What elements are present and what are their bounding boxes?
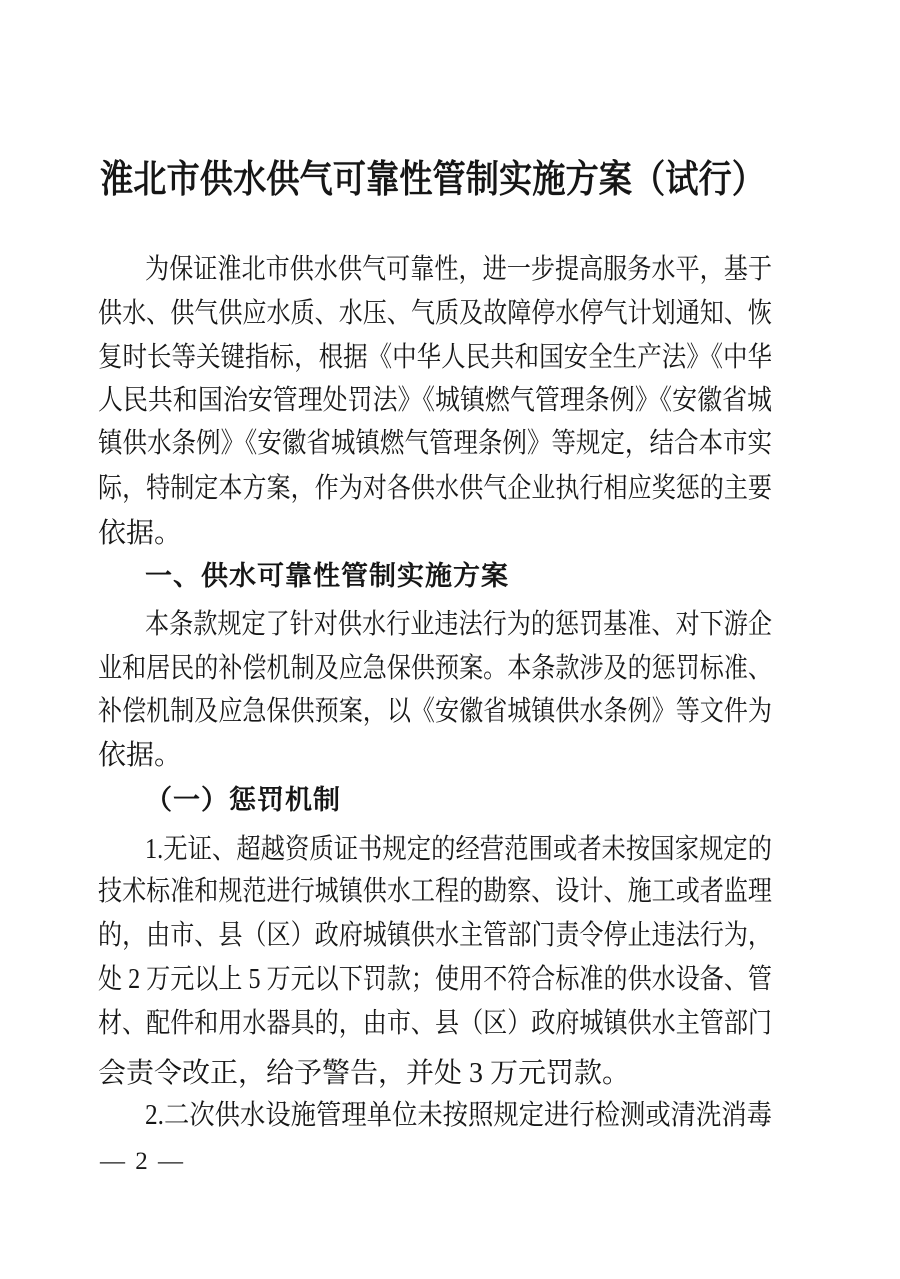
body-line-text: 材、配件和用水器具的，由市、县（区）政府城镇供水主管部门: [98, 1008, 772, 1040]
body-line: 材、配件和用水器具的，由市、县（区）政府城镇供水主管部门: [98, 1008, 772, 1040]
body-line: 复时长等关键指标，根据《中华人民共和国安全生产法》《中华: [98, 342, 772, 374]
body-line: 为保证淮北市供水供气可靠性，进一步提高服务水平，基于: [98, 254, 772, 286]
body-line: 技术标准和规范进行城镇供水工程的勘察、设计、施工或者监理: [98, 876, 772, 908]
page-number: — 2 —: [100, 1148, 185, 1176]
body-line: 际，特制定本方案，作为对各供水供气企业执行相应奖惩的主要: [98, 473, 772, 505]
body-line-text: 依据。: [98, 740, 182, 772]
body-line: 供水、供气供应水质、水压、气质及故障停水停气计划通知、恢: [98, 298, 772, 330]
body-line: 镇供水条例》《安徽省城镇燃气管理条例》等规定，结合本市实: [98, 428, 772, 460]
body-line: 本条款规定了针对供水行业违法行为的惩罚基准、对下游企: [98, 609, 772, 641]
body-line-text: 供水、供气供应水质、水压、气质及故障停水停气计划通知、恢: [98, 298, 772, 330]
body-line: 补偿机制及应急保供预案，以《安徽省城镇供水条例》等文件为: [98, 696, 772, 728]
body-line: 1.无证、超越资质证书规定的经营范围或者未按国家规定的: [98, 834, 772, 866]
body-line: 会责令改正，给予警告，并处 3 万元罚款。: [98, 1058, 772, 1090]
body-line: 业和居民的补偿机制及应急保供预案。本条款涉及的惩罚标准、: [98, 653, 772, 685]
document-title: 淮北市供水供气可靠性管制实施方案（试行）: [100, 148, 765, 194]
section-heading-text: 一、供水可靠性管制实施方案: [145, 561, 509, 593]
body-line-text: 依据。: [98, 518, 182, 550]
scanned-document-page: 淮北市供水供气可靠性管制实施方案（试行） 为保证淮北市供水供气可靠性，进一步提高…: [0, 0, 900, 1279]
body-line: 依据。: [98, 740, 772, 772]
subsection-heading-1: （一）惩罚机制: [98, 785, 772, 817]
body-line-text: 技术标准和规范进行城镇供水工程的勘察、设计、施工或者监理: [98, 876, 772, 908]
body-line-text: 人民共和国治安管理处罚法》《城镇燃气管理条例》《安徽省城: [98, 385, 772, 417]
body-line-text: 补偿机制及应急保供预案，以《安徽省城镇供水条例》等文件为: [98, 696, 772, 728]
section-heading-1: 一、供水可靠性管制实施方案: [98, 561, 772, 593]
body-line-text: 业和居民的补偿机制及应急保供预案。本条款涉及的惩罚标准、: [98, 653, 772, 685]
body-line: 依据。: [98, 518, 772, 550]
document-title-text: 淮北市供水供气可靠性管制实施方案（试行）: [100, 148, 765, 203]
body-line: 人民共和国治安管理处罚法》《城镇燃气管理条例》《安徽省城: [98, 385, 772, 417]
body-line-text: 的，由市、县（区）政府城镇供水主管部门责令停止违法行为，: [98, 920, 772, 952]
body-line-text: 际，特制定本方案，作为对各供水供气企业执行相应奖惩的主要: [98, 473, 772, 505]
body-line: 2.二次供水设施管理单位未按照规定进行检测或清洗消毒: [98, 1100, 772, 1132]
body-line-text: 本条款规定了针对供水行业违法行为的惩罚基准、对下游企: [145, 609, 772, 641]
body-line-text: 处 2 万元以上 5 万元以下罚款；使用不符合标准的供水设备、管: [98, 964, 772, 996]
body-line: 的，由市、县（区）政府城镇供水主管部门责令停止违法行为，: [98, 920, 772, 952]
body-line: 处 2 万元以上 5 万元以下罚款；使用不符合标准的供水设备、管: [98, 964, 772, 996]
body-line-text: 2.二次供水设施管理单位未按照规定进行检测或清洗消毒: [145, 1100, 772, 1132]
body-line-text: 复时长等关键指标，根据《中华人民共和国安全生产法》《中华: [98, 342, 772, 374]
subsection-heading-text: （一）惩罚机制: [145, 785, 341, 817]
body-line-text: 会责令改正，给予警告，并处 3 万元罚款。: [98, 1058, 630, 1090]
body-line-text: 为保证淮北市供水供气可靠性，进一步提高服务水平，基于: [145, 254, 772, 286]
body-line-text: 镇供水条例》《安徽省城镇燃气管理条例》等规定，结合本市实: [98, 428, 772, 460]
body-line-text: 1.无证、超越资质证书规定的经营范围或者未按国家规定的: [145, 834, 772, 866]
